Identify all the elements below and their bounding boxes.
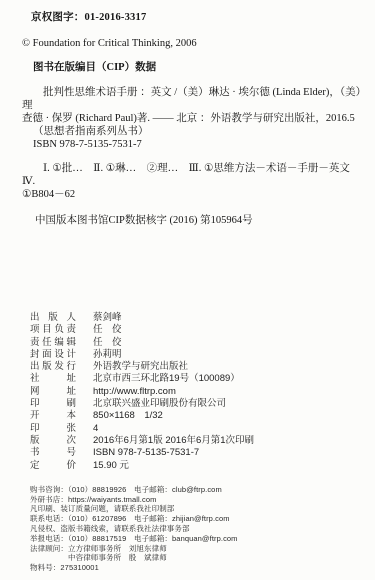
info-row-price: 定价15.90 元 [30, 460, 361, 472]
info-row-address: 社址北京市西三环北路19号（100089） [30, 373, 361, 385]
license-number-line: 京权图字：01-2016-3317 [31, 11, 361, 24]
info-label: 项目负责 [30, 324, 76, 336]
info-value: http://www.fltrp.com [93, 386, 176, 398]
contact-line-report: 举报电话：（010）88817519 电子邮箱：banquan@ftrp.com [30, 534, 361, 544]
info-row-publisher-person: 出版人蔡剑峰 [30, 312, 361, 324]
info-row-printer: 印刷北京联兴盛业印刷股份有限公司 [30, 398, 361, 410]
info-row-edition: 版次2016年6月第1版 2016年6月第1次印刷 [30, 435, 361, 447]
front-matter-block: 京权图字：01-2016-3317 © Foundation for Criti… [22, 11, 361, 227]
contact-line-legal-counsel-1: 法律顾问：立方律师事务所 刘旭东律师 [30, 544, 361, 554]
info-row-format: 开本850×1168 1/32 [30, 410, 361, 422]
info-label: 印张 [30, 423, 76, 435]
info-label: 网址 [30, 386, 76, 398]
info-value: 4 [93, 423, 98, 435]
info-value: 任 佼 [93, 337, 122, 349]
cip-heading: 图书在版编目（CIP）数据 [33, 61, 361, 74]
info-row-project-lead: 项目负责任 佼 [30, 324, 361, 336]
info-row-website: 网址http://www.fltrp.com [30, 386, 361, 398]
info-value: 任 佼 [93, 324, 122, 336]
contact-line-legal-counsel-2: 中咨律师事务所 殷 斌律师 [30, 553, 361, 563]
info-label: 社址 [30, 373, 76, 385]
info-value: 850×1168 1/32 [93, 410, 163, 422]
copyright-page: 京权图字：01-2016-3317 © Foundation for Criti… [0, 0, 375, 580]
info-value: 孙莉明 [93, 349, 122, 361]
info-label: 开本 [30, 410, 76, 422]
info-value: 15.90 元 [93, 460, 129, 472]
info-label: 书号 [30, 447, 76, 459]
info-row-isbn: 书号ISBN 978-7-5135-7531-7 [30, 447, 361, 459]
info-label: 封面设计 [30, 349, 76, 361]
cip-classification-line1: Ⅰ. ①批… Ⅱ. ①琳… ②理… Ⅲ. ①思维方法－术语－手册－英文 Ⅳ. [22, 162, 361, 188]
info-value: 外语教学与研究出版社 [93, 361, 188, 373]
publication-info-table: 出版人蔡剑峰 项目负责任 佼 责任编辑任 佼 封面设计孙莉明 出版发行外语教学与… [30, 312, 361, 472]
cip-description-line1: 批判性思维术语手册 ：英文 /（美）琳达 · 埃尔德 (Linda Elder)… [22, 86, 361, 112]
info-value: 北京联兴盛业印刷股份有限公司 [93, 398, 226, 410]
contact-line-purchase: 购书咨询：（010）88819926 电子邮箱：club@ftrp.com [30, 485, 361, 495]
info-label: 定价 [30, 460, 76, 472]
cip-record-line: 中国版本图书馆CIP数据核字 (2016) 第105964号 [22, 214, 361, 227]
info-value: 蔡剑峰 [93, 312, 122, 324]
contact-info-block: 购书咨询：（010）88819926 电子邮箱：club@ftrp.com 外研… [30, 485, 361, 573]
series-note: （思想者指南系列丛书） [22, 125, 361, 138]
cip-description-line2: 查德 · 保罗 (Richard Paul)著. —— 北京 ：外语教学与研究出… [22, 112, 361, 125]
info-value: 北京市西三环北路19号（100089） [93, 373, 240, 385]
info-label: 责任编辑 [30, 337, 76, 349]
copyright-notice: © Foundation for Critical Thinking, 2006 [22, 37, 361, 50]
isbn-line: ISBN 978-7-5135-7531-7 [22, 138, 361, 151]
info-value: 2016年6月第1版 2016年6月第1次印刷 [93, 435, 254, 447]
info-label: 印刷 [30, 398, 76, 410]
contact-line-piracy: 凡侵权、盗版书籍线索，请联系我社法律事务部 [30, 524, 361, 534]
cip-classification-line2: ①B804－62 [22, 188, 361, 201]
info-row-publisher: 出版发行外语教学与研究出版社 [30, 361, 361, 373]
info-row-editor: 责任编辑任 佼 [30, 337, 361, 349]
info-value: ISBN 978-7-5135-7531-7 [93, 447, 199, 459]
info-row-sheets: 印张4 [30, 423, 361, 435]
info-label: 版次 [30, 435, 76, 447]
info-label: 出版发行 [30, 361, 76, 373]
contact-line-print-quality: 凡印刷、装订质量问题，请联系我社印制部 [30, 504, 361, 514]
contact-line-print-contact: 联系电话：（010）61207896 电子邮箱：zhijian@ftrp.com [30, 514, 361, 524]
info-row-cover-design: 封面设计孙莉明 [30, 349, 361, 361]
material-number-line: 物料号：275310001 [30, 563, 361, 573]
contact-line-store-url: 外研书店：https://waiyants.tmall.com [30, 495, 361, 505]
info-label: 出版人 [30, 312, 76, 324]
